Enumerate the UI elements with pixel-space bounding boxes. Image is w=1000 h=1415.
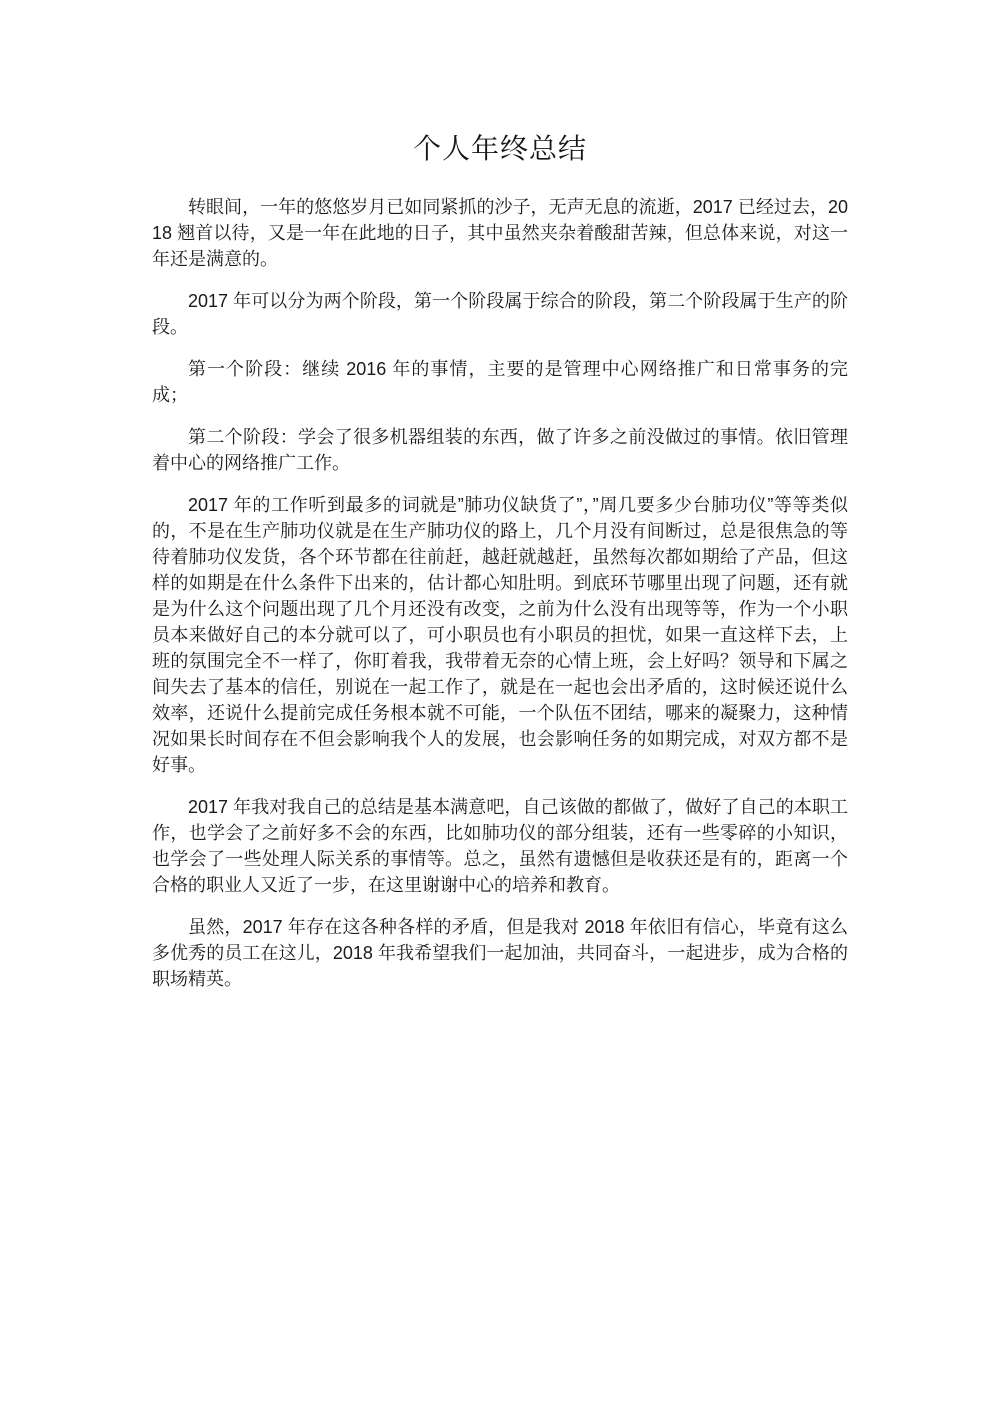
- paragraph-stage-one: 第一个阶段：继续 2016 年的事情，主要的是管理中心网络推广和日常事务的完成；: [152, 356, 848, 408]
- paragraph-stage-two: 第二个阶段：学会了很多机器组装的东西，做了许多之前没做过的事情。依旧管理着中心的…: [152, 424, 848, 476]
- document-title: 个人年终总结: [152, 130, 848, 168]
- paragraph-outlook-2018: 虽然，2017 年存在这各种各样的矛盾，但是我对 2018 年依旧有信心，毕竟有…: [152, 914, 848, 992]
- paragraph-self-summary: 2017 年我对我自己的总结是基本满意吧，自己该做的都做了，做好了自己的本职工作…: [152, 794, 848, 898]
- paragraph-work-reflection: 2017 年的工作听到最多的词就是”肺功仪缺货了”，”周几要多少台肺功仪”等等类…: [152, 492, 848, 778]
- paragraph-intro: 转眼间，一年的悠悠岁月已如同紧抓的沙子，无声无息的流逝，2017 已经过去，20…: [152, 194, 848, 272]
- paragraph-two-stages: 2017 年可以分为两个阶段，第一个阶段属于综合的阶段，第二个阶段属于生产的阶段…: [152, 288, 848, 340]
- document-page: 个人年终总结 转眼间，一年的悠悠岁月已如同紧抓的沙子，无声无息的流逝，2017 …: [0, 0, 1000, 1415]
